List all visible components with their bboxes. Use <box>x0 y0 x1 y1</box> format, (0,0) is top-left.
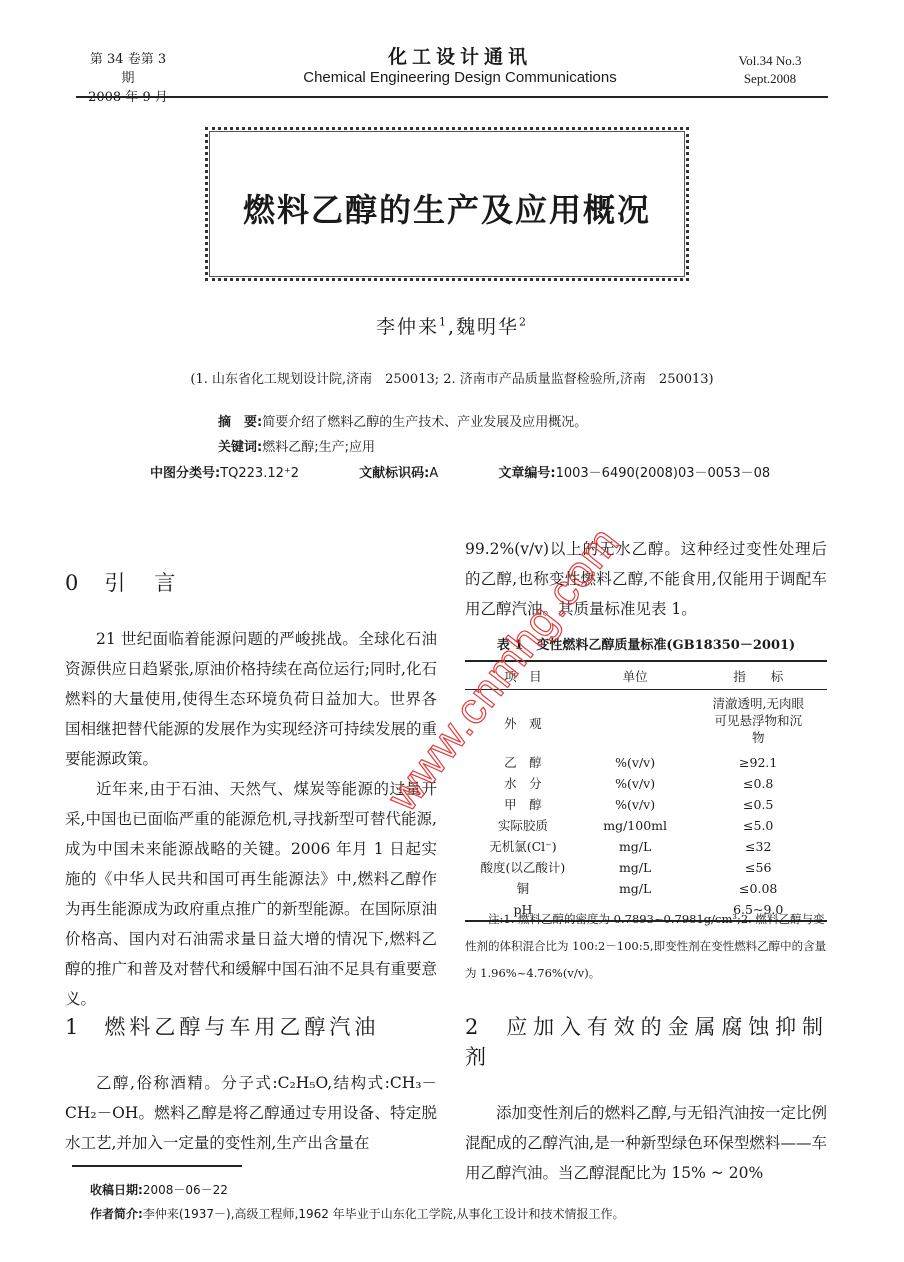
section-2-heading: 2应加入有效的金属腐蚀抑制剂 <box>465 1012 827 1072</box>
table-cell: 乙 醇 <box>465 752 581 773</box>
abstract-text: 简要介绍了燃料乙醇的生产技术、产业发展及应用概况。 <box>262 415 587 430</box>
section-title: 燃料乙醇与车用乙醇汽油 <box>104 1015 379 1039</box>
section-number: 0 <box>65 571 82 595</box>
abstract-label: 摘 要: <box>218 415 262 430</box>
footnotes: 收稿日期:2008－06－22 作者简介:李仲来(1937－),高级工程师,19… <box>90 1178 625 1226</box>
table-cell: ≤0.8 <box>689 773 827 794</box>
table-cell: ≤0.5 <box>689 794 827 815</box>
section-number: 1 <box>65 1015 82 1039</box>
table-row: 无机氯(Cl⁻)mg/L≤32 <box>465 836 827 857</box>
section-0-heading: 0引 言 <box>65 568 437 598</box>
paragraph: 乙醇,俗称酒精。分子式:C₂H₅O,结构式:CH₃－CH₂－OH。燃料乙醇是将乙… <box>65 1068 437 1158</box>
bio-text: 李仲来(1937－),高级工程师,1962 年毕业于山东化工学院,从事化工设计和… <box>143 1207 625 1221</box>
paragraph: 近年来,由于石油、天然气、煤炭等能源的过量开采,中国也已面临严重的能源危机,寻找… <box>65 774 437 1014</box>
clc: 中图分类号:TQ223.12⁺2 <box>150 466 327 481</box>
keywords-label: 关键词: <box>218 440 262 455</box>
classification-line: 中图分类号:TQ223.12⁺2 文献标识码:A 文章编号:1003－6490(… <box>150 462 826 481</box>
section-title: 应加入有效的金属腐蚀抑制剂 <box>465 1015 827 1069</box>
table-row: 实际胶质mg/100ml≤5.0 <box>465 815 827 836</box>
table-cell: %(v/v) <box>581 773 690 794</box>
article-number-label: 文章编号: <box>498 466 555 481</box>
doc-code-label: 文献标识码: <box>359 466 429 481</box>
table-cell: 酸度(以乙酸计) <box>465 857 581 878</box>
table-1-note: 注:1. 燃料乙醇的密度为 0.7893~0.7981g/cm³;2. 燃料乙醇… <box>465 906 827 987</box>
table-cell: 水 分 <box>465 773 581 794</box>
volume-issue-en: Vol.34 No.3 <box>720 52 820 70</box>
table-cell: %(v/v) <box>581 794 690 815</box>
column-header: 指 标 <box>689 661 827 690</box>
table-cell: ≥92.1 <box>689 752 827 773</box>
journal-name-en: Chemical Engineering Design Communicatio… <box>260 68 660 88</box>
affiliations: (1. 山东省化工规划设计院,济南 250013; 2. 济南市产品质量监督检验… <box>0 368 904 387</box>
journal-name-cn: 化工设计通讯 <box>260 46 660 68</box>
table-cell: %(v/v) <box>581 752 690 773</box>
author-1-affil-mark: 1 <box>439 316 448 329</box>
column-header: 单位 <box>581 661 690 690</box>
header-rule <box>76 96 828 98</box>
doc-code: 文献标识码:A <box>359 466 466 481</box>
received-value: 2008－06－22 <box>143 1183 228 1197</box>
table-cell: ≤32 <box>689 836 827 857</box>
section-1-heading: 1燃料乙醇与车用乙醇汽油 <box>65 1012 437 1042</box>
abstract: 摘 要:简要介绍了燃料乙醇的生产技术、产业发展及应用概况。 <box>218 410 587 435</box>
table-row: 外 观 清澈透明,无肉眼可见悬浮物和沉物 <box>465 690 827 753</box>
table-cell: ≤5.0 <box>689 815 827 836</box>
author-bio: 作者简介:李仲来(1937－),高级工程师,1962 年毕业于山东化工学院,从事… <box>90 1202 625 1226</box>
keywords: 关键词:燃料乙醇;生产;应用 <box>218 435 587 460</box>
clc-label: 中图分类号: <box>150 466 220 481</box>
section-title: 引 言 <box>104 571 179 595</box>
paragraph: 添加变性剂后的燃料乙醇,与无铅汽油按一定比例混配成的乙醇汽油,是一种新型绿色环保… <box>465 1098 827 1188</box>
article-number-value: 1003－6490(2008)03－0053－08 <box>556 466 771 481</box>
note-text: 注:1. 燃料乙醇的密度为 0.7893~0.7981g/cm³;2. 燃料乙醇… <box>465 906 827 987</box>
table-cell: 实际胶质 <box>465 815 581 836</box>
section-number: 2 <box>465 1015 482 1039</box>
keywords-text: 燃料乙醇;生产;应用 <box>262 440 375 455</box>
author-2-affil-mark: 2 <box>519 316 528 329</box>
table-cell: mg/100ml <box>581 815 690 836</box>
table-cell: ≤56 <box>689 857 827 878</box>
table-cell: 甲 醇 <box>465 794 581 815</box>
table-cell: 清澈透明,无肉眼可见悬浮物和沉物 <box>689 690 827 753</box>
abstract-block: 摘 要:简要介绍了燃料乙醇的生产技术、产业发展及应用概况。 关键词:燃料乙醇;生… <box>218 410 587 460</box>
table-cell <box>581 690 690 753</box>
table-row: 甲 醇%(v/v)≤0.5 <box>465 794 827 815</box>
table-1: 项 目 单位 指 标 外 观 清澈透明,无肉眼可见悬浮物和沉物 乙 醇%(v/v… <box>465 660 827 922</box>
table-cell: ≤0.08 <box>689 878 827 899</box>
table-row: 乙 醇%(v/v)≥92.1 <box>465 752 827 773</box>
section-2: 2应加入有效的金属腐蚀抑制剂 添加变性剂后的燃料乙醇,与无铅汽油按一定比例混配成… <box>465 1012 827 1188</box>
table-row: 铜mg/L≤0.08 <box>465 878 827 899</box>
table-cell: 无机氯(Cl⁻) <box>465 836 581 857</box>
table-cell: mg/L <box>581 878 690 899</box>
header-issue-cn: 第 34 卷第 3 期 2008 年 9 月 <box>88 50 168 107</box>
volume-issue-cn: 第 34 卷第 3 期 <box>88 50 168 88</box>
author-1: 李仲来 <box>376 316 439 338</box>
article-number: 文章编号:1003－6490(2008)03－0053－08 <box>498 466 798 481</box>
table-row: 酸度(以乙酸计)mg/L≤56 <box>465 857 827 878</box>
table-cell: 铜 <box>465 878 581 899</box>
article-title: 燃料乙醇的生产及应用概况 <box>205 185 689 231</box>
received-label: 收稿日期: <box>90 1183 143 1197</box>
doc-code-value: A <box>429 466 438 481</box>
bio-label: 作者简介: <box>90 1207 143 1221</box>
section-1: 1燃料乙醇与车用乙醇汽油 乙醇,俗称酒精。分子式:C₂H₅O,结构式:CH₃－C… <box>65 1012 437 1158</box>
journal-title: 化工设计通讯 Chemical Engineering Design Commu… <box>260 46 660 88</box>
table-cell: mg/L <box>581 836 690 857</box>
date-en: Sept.2008 <box>720 70 820 88</box>
footnote-rule <box>72 1165 242 1167</box>
table-row: 水 分%(v/v)≤0.8 <box>465 773 827 794</box>
clc-value: TQ223.12⁺2 <box>220 466 299 481</box>
author-separator: , <box>448 316 456 338</box>
table-cell: mg/L <box>581 857 690 878</box>
header-issue-en: Vol.34 No.3 Sept.2008 <box>720 52 820 88</box>
authors: 李仲来1,魏明华2 <box>0 312 904 339</box>
author-2: 魏明华 <box>456 316 519 338</box>
received-date: 收稿日期:2008－06－22 <box>90 1178 625 1202</box>
paragraph: 21 世纪面临着能源问题的严峻挑战。全球化石油资源供应日趋紧张,原油价格持续在高… <box>65 624 437 774</box>
